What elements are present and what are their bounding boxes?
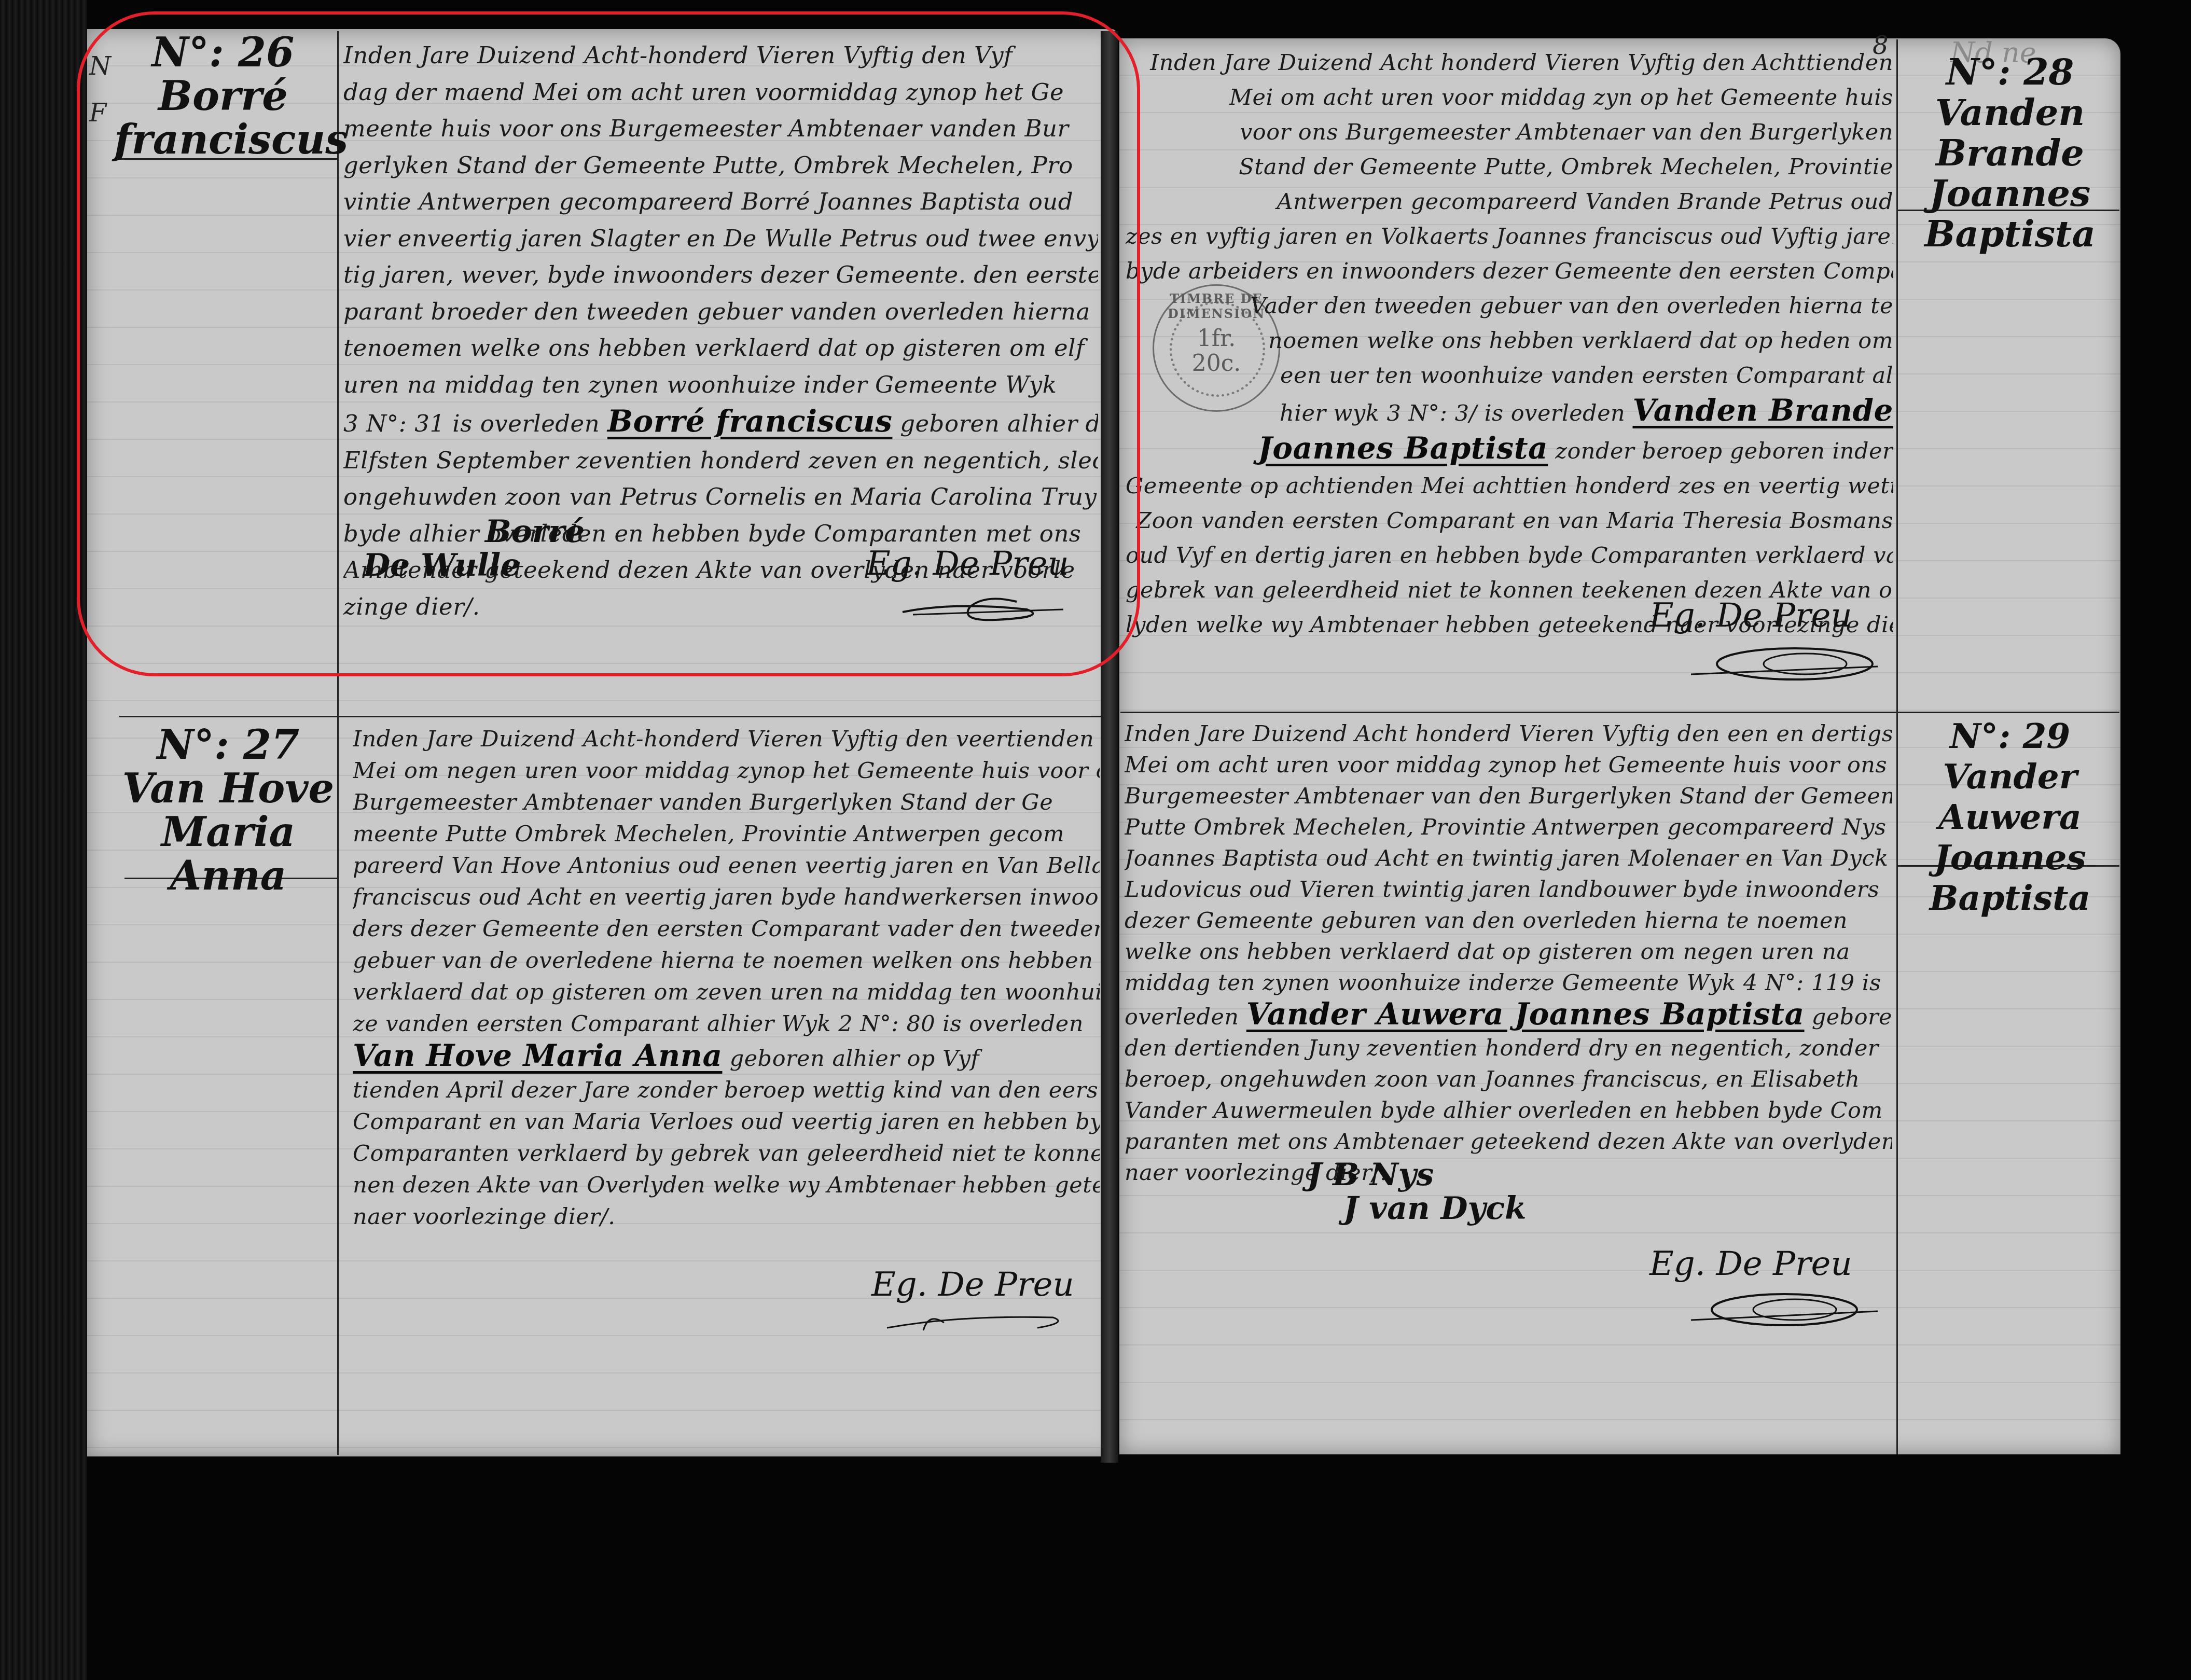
record-line: Vader den tweeden gebuer van den overled… — [1126, 289, 1893, 324]
record-line-deceased: overleden Vander Auwera Joannes Baptista… — [1125, 998, 1892, 1033]
record-line: Burgemeester Ambtenaer van den Burgerlyk… — [1125, 781, 1892, 812]
record-line: Mei om negen uren voor middag zynop het … — [353, 755, 1100, 787]
given-name: Baptista — [1898, 214, 2121, 254]
record-line: vier enveertig jaren Slagter en De Wulle… — [343, 220, 1098, 257]
record-line: meente Putte Ombrek Mechelen, Provintie … — [353, 818, 1100, 850]
surname: Van Hove — [119, 767, 337, 811]
record-text: 3 N°: 31 is overleden — [343, 410, 600, 437]
given-name: Joannes — [1898, 173, 2121, 214]
signature-flourish — [1670, 1281, 1898, 1343]
signature-flourish — [1660, 635, 1898, 698]
given-name: franciscus — [114, 118, 332, 162]
surname: Vanden Brande — [1898, 92, 2121, 173]
right-name-column-rule — [1896, 39, 1898, 1454]
entry-26-record: Inden Jare Duizend Acht-honderd Vieren V… — [343, 37, 1098, 625]
record-line: naer voorlezinge dier/. — [353, 1201, 1100, 1233]
record-line: meente huis voor ons Burgemeester Ambten… — [343, 110, 1098, 147]
record-line: nen dezen Akte van Overlyden welke wy Am… — [353, 1170, 1100, 1201]
deceased-name-highlight: Joannes Baptista — [1258, 431, 1548, 466]
official-signature: Eg. De Preu — [1649, 1245, 1852, 1283]
record-line: dezer Gemeente geburen van den overleden… — [1125, 905, 1892, 936]
record-line: ongehuwden zoon van Petrus Cornelis en M… — [343, 479, 1098, 516]
witness-signature: J B Nys — [1307, 1157, 1434, 1193]
record-line: uren na middag ten zynen woonhuize inder… — [343, 367, 1098, 404]
entry-number: N°: 29 — [1898, 716, 2121, 756]
entry-27-name: N°: 27 Van Hove Maria Anna — [119, 724, 337, 898]
record-line: ze vanden eersten Comparant alhier Wyk 2… — [353, 1008, 1100, 1040]
record-line: paranten met ons Ambtenaer geteekend dez… — [1125, 1126, 1892, 1157]
record-line: vintie Antwerpen gecompareerd Borré Joan… — [343, 184, 1098, 220]
witness-signature: J van Dyck — [1343, 1190, 1527, 1227]
right-entry-divider — [1120, 712, 2119, 713]
official-signature: Eg. De Preu — [866, 545, 1069, 583]
record-text: geboren alhier den — [900, 410, 1098, 437]
surname: Vander Auwera — [1898, 756, 2121, 837]
record-line: Ludovicus oud Vieren twintig jaren landb… — [1125, 874, 1892, 905]
entry-26-name: N°: 26 Borré franciscus — [114, 31, 332, 162]
record-line: ders dezer Gemeente den eersten Comparan… — [353, 913, 1100, 945]
record-line: Inden Jare Duizend Acht-honderd Vieren V… — [353, 724, 1100, 755]
record-line: Comparanten verklaerd by gebrek van gele… — [353, 1138, 1100, 1170]
record-line: Antwerpen gecompareerd Vanden Brande Pet… — [1126, 185, 1893, 219]
record-line: welke ons hebben verklaerd dat op gister… — [1125, 936, 1892, 967]
record-line: Comparant en van Maria Verloes oud veert… — [353, 1106, 1100, 1138]
record-line: byde arbeiders en inwoonders dezer Gemee… — [1126, 254, 1893, 289]
record-line: tienden April dezer Jare zonder beroep w… — [353, 1075, 1100, 1106]
witness-signature: Borré — [485, 513, 585, 550]
signature-flourish — [882, 1302, 1079, 1338]
record-line-deceased: Joannes Baptista zonder beroep geboren i… — [1126, 431, 1893, 469]
record-line: Mei om acht uren voor middag zynop het G… — [1125, 749, 1892, 781]
entry-29-name: N°: 29 Vander Auwera Joannes Baptista — [1898, 716, 2121, 918]
entry-29-record: Inden Jare Duizend Acht honderd Vieren V… — [1125, 718, 1892, 1188]
record-line: Zoon vanden eersten Comparant en van Mar… — [1126, 504, 1893, 538]
entry-28-name: N°: 28 Vanden Brande Joannes Baptista — [1898, 52, 2121, 254]
given-name: Baptista — [1898, 878, 2121, 918]
deceased-name-highlight: Van Hove Maria Anna — [353, 1040, 722, 1073]
signature-flourish — [892, 581, 1089, 628]
given-name: Maria — [119, 811, 337, 854]
margin-mark: F — [89, 99, 106, 128]
record-line: franciscus oud Acht en veertig jaren byd… — [353, 882, 1100, 913]
record-line-deceased: Van Hove Maria Anna geboren alhier op Vy… — [353, 1040, 1100, 1075]
record-line: den dertienden Juny zeventien honderd dr… — [1125, 1033, 1892, 1064]
record-text: geboren alhier op Vyf — [730, 1046, 979, 1072]
record-line-deceased: hier wyk 3 N°: 3/ is overleden Vanden Br… — [1126, 393, 1893, 431]
record-line: gebuer van de overledene hierna te noeme… — [353, 945, 1100, 977]
book-spine — [1101, 31, 1118, 1463]
record-text: overleden — [1125, 1004, 1239, 1030]
record-text: hier wyk 3 N°: 3/ is overleden — [1280, 400, 1625, 426]
record-line: Gemeente op achtienden Mei achttien hond… — [1126, 469, 1893, 504]
record-line: middag ten zynen woonhuize inderze Gemee… — [1125, 967, 1892, 998]
official-signature: Eg. De Preu — [1649, 596, 1852, 635]
record-line-deceased: 3 N°: 31 is overleden Borré franciscus g… — [343, 403, 1098, 442]
record-text: geboren alhier — [1812, 1004, 1892, 1030]
official-signature: Eg. De Preu — [871, 1266, 1074, 1304]
record-line: dag der maend Mei om acht uren voormidda… — [343, 74, 1098, 111]
given-name: Anna — [119, 854, 337, 898]
record-line: een uer ten woonhuize vanden eersten Com… — [1126, 358, 1893, 393]
record-line: Vander Auwermeulen byde alhier overleden… — [1125, 1095, 1892, 1126]
record-line: Inden Jare Duizend Acht-honderd Vieren V… — [343, 37, 1098, 74]
record-line: beroep, ongehuwden zoon van Joannes fran… — [1125, 1064, 1892, 1095]
surname: Borré — [114, 75, 332, 118]
entry-number: N°: 28 — [1898, 52, 2121, 92]
book-edge — [0, 0, 87, 1680]
record-line: Putte Ombrek Mechelen, Provintie Antwerp… — [1125, 812, 1892, 843]
record-line: naer voorlezinge dier/. — [1125, 1157, 1892, 1188]
entry-28-record: Inden Jare Duizend Acht honderd Vieren V… — [1126, 46, 1893, 643]
record-line: zes en vyftig jaren en Volkaerts Joannes… — [1126, 219, 1893, 254]
record-line: Stand der Gemeente Putte, Ombrek Mechele… — [1126, 150, 1893, 185]
given-name: Joannes — [1898, 837, 2121, 878]
record-line: verklaerd dat op gisteren om zeven uren … — [353, 977, 1100, 1008]
record-line: parant broeder den tweeden gebuer vanden… — [343, 294, 1098, 330]
record-line: Mei om acht uren voor middag zyn op het … — [1126, 80, 1893, 115]
record-text: zonder beroep geboren inder — [1555, 438, 1893, 464]
record-line: Joannes Baptista oud Acht en twintig jar… — [1125, 843, 1892, 874]
record-line: tig jaren, wever, byde inwoonders dezer … — [343, 257, 1098, 294]
record-line: tenoemen welke ons hebben verklaerd dat … — [343, 330, 1098, 367]
record-line: voor ons Burgemeester Ambtenaer van den … — [1126, 115, 1893, 150]
record-line: oud Vyf en dertig jaren en hebben byde C… — [1126, 538, 1893, 573]
record-line: Elfsten September zeventien honderd zeve… — [343, 442, 1098, 479]
entry-number: N°: 26 — [114, 31, 332, 75]
margin-mark: N — [89, 52, 111, 81]
record-line: noemen welke ons hebben verklaerd dat op… — [1126, 324, 1893, 358]
witness-signature: De Wulle — [363, 547, 520, 584]
record-line: Burgemeester Ambtenaer vanden Burgerlyke… — [353, 787, 1100, 818]
deceased-name-highlight: Borré franciscus — [607, 404, 892, 439]
record-line: gerlyken Stand der Gemeente Putte, Ombre… — [343, 147, 1098, 184]
deceased-name-highlight: Vander Auwera Joannes Baptista — [1246, 998, 1805, 1032]
entry-number: N°: 27 — [119, 724, 337, 767]
entry-27-record: Inden Jare Duizend Acht-honderd Vieren V… — [353, 724, 1100, 1233]
left-entry-divider — [119, 716, 1102, 717]
record-line: Inden Jare Duizend Acht honderd Vieren V… — [1126, 46, 1893, 80]
record-line: Inden Jare Duizend Acht honderd Vieren V… — [1125, 718, 1892, 749]
left-name-column-rule — [337, 31, 339, 1455]
record-line: pareerd Van Hove Antonius oud eenen veer… — [353, 850, 1100, 882]
deceased-name-highlight: Vanden Brande — [1632, 393, 1893, 428]
